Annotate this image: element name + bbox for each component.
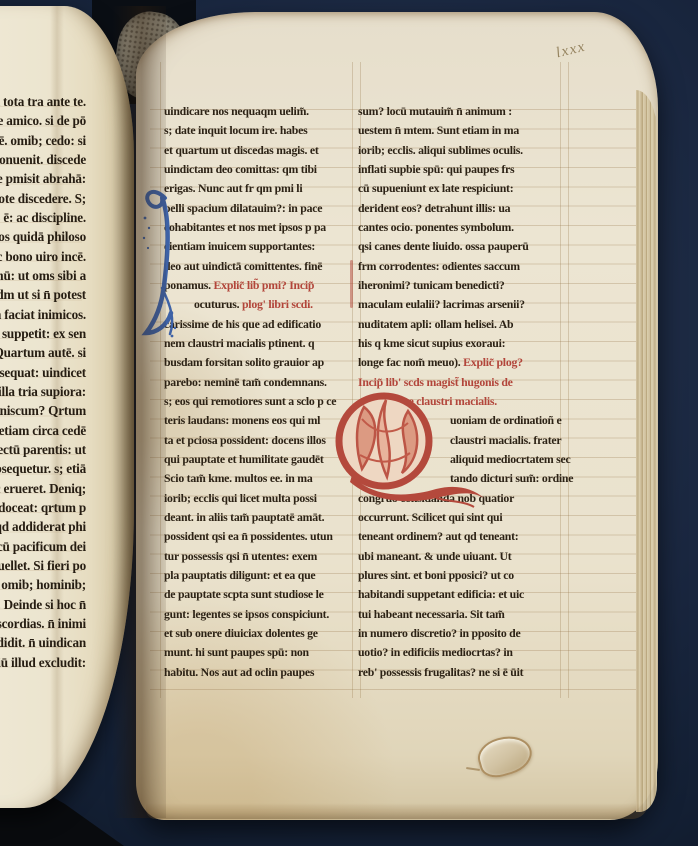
text-line: rtutis ē: ac discipline. [0,208,86,227]
text-line: m psequat: uindicet [0,363,86,382]
left-page-text-column: nqt tota tra ante te.e. si de amico. si … [0,92,86,672]
text-line: enī cū pacificum dei [0,537,86,556]
text-column-left: uindicare nos nequaqm uelim̃.s; date inq… [164,102,356,682]
text-line: in numero discretio? in pposito de [358,624,562,643]
text-line: s; eos qui remotiores sunt a sclo p ce [164,392,356,411]
text-line: reb' possessis frugalitas? ne si ē ūit [358,663,562,682]
page-stack-bottom-edge [146,803,648,819]
text-line: e cogniscum? Qrtum [0,401,86,420]
text-line: gunt: legentes se ipsos conspiciunt. [164,605,356,624]
text-line: et sub onere diuiciax dolentes ge [164,624,356,643]
text-line: derident eos? detrahunt illis: ua [358,199,562,218]
text-line: t uellet. Si fieri po [0,556,86,575]
text-line: sum? locū mutauim̃ n̄ animum : [358,102,562,121]
text-line: nuditatem apli: ollam helisei. Ab [358,315,562,334]
text-line: qui pauptate et humilitate gaudēt [164,450,356,469]
text-line: teris laudans: monens eos qui ml [164,411,356,430]
text-line: uotio? in edificiis mediocrtas? in [358,643,562,662]
text-line: tui habeant necessaria. Sit tam̃ [358,605,562,624]
text-line: it. qd addiderat phi [0,517,86,536]
text-line: e: n̄ faciat inimicos. [0,305,86,324]
text-line: b; n̄ conuenit. discede [0,150,86,169]
text-line: o ttiū illud excludit: [0,653,86,672]
text-line: ubi maneant. & unde uiuant. Ut [358,547,562,566]
text-line: deant. in aliis tam̃ pauptatē amāt. [164,508,356,527]
text-line: b; illa tria supiora: [0,382,86,401]
text-line: ta et pciosa possident: docens illos [164,431,356,450]
text-line: possident qsi ea n̄ possidentes. utun [164,527,356,546]
text-line: inflati supbie spū: qui paupes frs [358,160,562,179]
text-line: te nos quidā philoso [0,227,86,246]
text-line: et ac erueret. Deniq; [0,479,86,498]
text-line: deo aut uindictā comittentes. finē [164,257,356,276]
text-line: de pauptate scpta sunt studiose le [164,585,356,604]
parchment-hole-mark [466,767,480,771]
text-line: iorib; ecclis. aliqui sublimes oculis. [358,141,562,160]
text-line: cientiam inuicem supportantes: [164,237,356,256]
text-line: Scio tam̃ kme. multos ee. in ma [164,469,356,488]
text-line: cū supueniunt ex late respiciunt: [358,179,562,198]
text-line: n ante pmisit abrahā: [0,169,86,188]
text-line: teneant ordinem? aut qd teneant: [358,527,562,546]
text-line: : cū omib; hominib; [0,575,86,594]
text-line: pla pauptatis diligunt: et ea que [164,566,356,585]
text-line: r hec bono uiro incē. [0,247,86,266]
text-line: na doceat: qrtum p [0,498,86,517]
text-line: nqt tota tra ante te. [0,92,86,111]
text-line: carissime de his que ad edificatio [164,315,356,334]
text-line: uindicare nos nequaqm uelim̃. [164,102,356,121]
text-line: et quartum ut discedas magis. et [164,141,356,160]
text-line: Sdm ut si n̄ potest [0,285,86,304]
decorated-initial-L-blue [141,184,177,344]
text-line: erigas. Nunc aut fr qm pmi li [164,179,356,198]
left-page: nqt tota tra ante te.e. si de amico. si … [0,6,134,808]
text-line: bmū: ut oms sibi a [0,266,86,285]
text-line: plures sint. et boni pposici? ut co [358,566,562,585]
text-line: t. Quartum autē. si [0,343,86,362]
text-line: nem claustri macialis ptinent. q [164,334,356,353]
text-line: ndo etiam circa cedē [0,421,86,440]
text-line: stud n̄ suppetit: ex sen [0,324,86,343]
text-line: n̄ discordias. n̄ inimi [0,614,86,633]
text-line: busdam forsitan solito grauior ap [164,353,356,372]
page-stack-fore-edge [636,90,657,812]
text-line: cantes ocio. ponentes symbolum. [358,218,562,237]
text-line: iorib; ecclis qui licet multa possi [164,489,356,508]
decorated-initial-Q-red [332,389,492,529]
text-line: maculam eulalii? lacrimas arsenii? [358,295,562,314]
text-line: ponamus. Explic̃ lib̃ pmi? Incip̃ [164,276,356,295]
manuscript-photo: nqt tota tra ante te.e. si de amico. si … [0,0,698,846]
text-line: cohabitantes et nos met ipsos p pa [164,218,356,237]
text-line: munt. hi sunt paupes spū: non [164,643,356,662]
text-line: s; date inquit locum ire. habes [164,121,356,140]
text-line: n̄ psequetur. s; etiā [0,459,86,478]
text-line: uestem n̄ mtem. Sunt etiam in ma [358,121,562,140]
parchment-hole [474,730,536,781]
text-line: iheronimi? tunicam benedicti? [358,276,562,295]
folio-mark: lxxx [554,39,587,63]
text-line: belli spacium dilatauim?: in pace [164,199,356,218]
right-page: lxxx uindicare nos nequaqm uelim̃.s; dat… [136,12,658,820]
text-line: e. si de amico. si de pō [0,111,86,130]
text-line: ocuturus. plog' libri scdi. [164,295,356,314]
text-line: parebo: neminē tam̃ condemnans. [164,373,356,392]
text-line: longe fac nom̃ meuo). Explic̃ plog? [358,353,562,372]
text-line: nepote discedere. S; [0,189,86,208]
text-line: habitu. Nos aut ad oclin paupes [164,663,356,682]
ruling-line-vertical [568,62,569,698]
text-line: ddidit. n̄ uindican [0,633,86,652]
text-line: nsio ē. omib; cedo: si [0,131,86,150]
text-line: affectū parentis: ut [0,440,86,459]
text-line: qsi canes dente liuido. ossa pauperū [358,237,562,256]
text-line: habitandi suppetant edificia: et uic [358,585,562,604]
text-line: tes. Deinde si hoc n̄ [0,595,86,614]
ruling-line-vertical [160,62,161,698]
text-line: tur possessis qsi n̄ utentes: exem [164,547,356,566]
text-line: frm corrodentes: odientes saccum [358,257,562,276]
red-offset-mark [350,260,353,308]
text-line: uindictam deo comittas: qm tibi [164,160,356,179]
text-line: his q kme sicut supius exoraui: [358,334,562,353]
